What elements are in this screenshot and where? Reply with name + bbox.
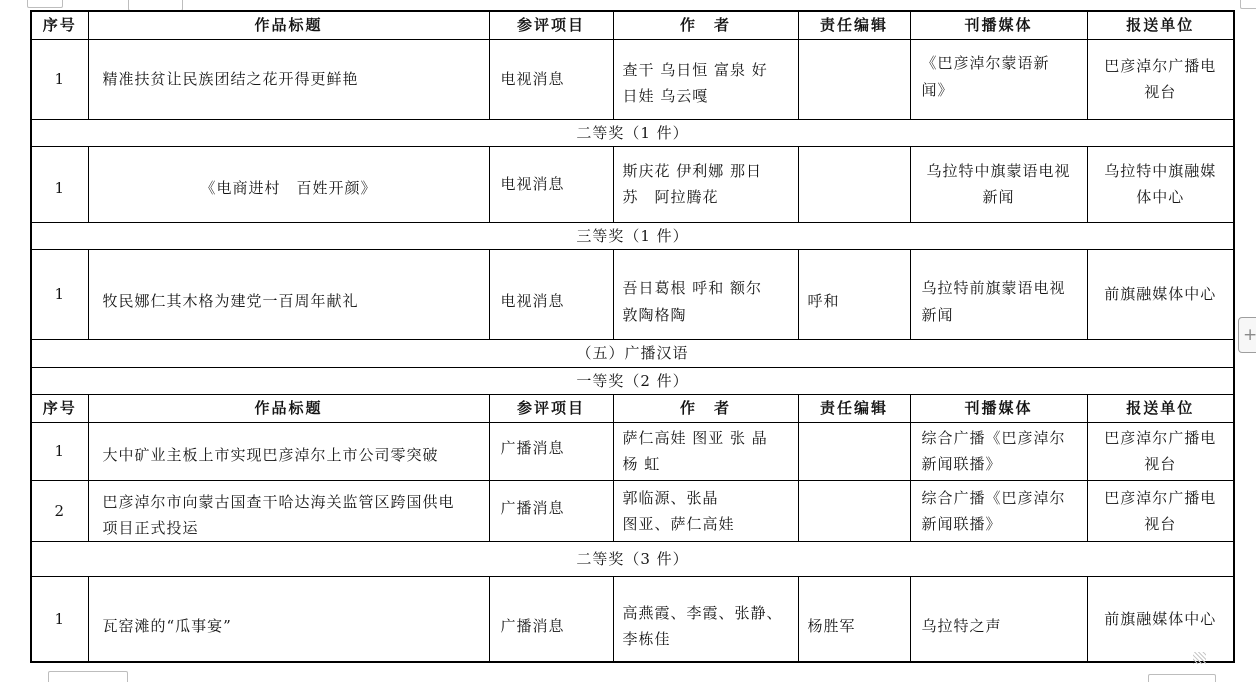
section-row-label: 一等奖（2 件） [31, 368, 1234, 395]
document-page: { "table": { "columns": ["序号", "作品标题", "… [0, 0, 1256, 682]
cell-author: 郭临源、张晶 图亚、萨仁高娃 [613, 480, 798, 542]
cell-editor [798, 39, 910, 119]
cell-index: 1 [31, 577, 88, 662]
column-header-editor: 责任编辑 [798, 395, 910, 422]
cell-author: 吾日葛根 呼和 额尔 敦陶格陶 [613, 250, 798, 340]
cell-editor [798, 146, 910, 222]
cell-category: 电视消息 [489, 39, 613, 119]
cell-media: 乌拉特之声 [910, 577, 1087, 662]
cell-title: 大中矿业主板上市实现巴彦淖尔上市公司零突破 [88, 422, 489, 480]
cell-media: 乌拉特中旗蒙语电视 新闻 [910, 146, 1087, 222]
table-row: 1 牧民娜仁其木格为建党一百周年献礼 电视消息 吾日葛根 呼和 额尔 敦陶格陶 … [31, 250, 1234, 340]
cell-index: 1 [31, 250, 88, 340]
table-row: 1 《电商进村 百姓开颜》 电视消息 斯庆花 伊利娜 那日 苏 阿拉腾花 乌拉特… [31, 146, 1234, 222]
table-row: 1 瓦窑滩的“瓜事宴” 广播消息 高燕霞、李霞、张静、 李栋佳 杨胜军 乌拉特之… [31, 577, 1234, 662]
section-row: 一等奖（2 件） [31, 368, 1234, 395]
table-header-row: 序号 作品标题 参评项目 作 者 责任编辑 刊播媒体 报送单位 [31, 395, 1234, 422]
cell-author: 高燕霞、李霞、张静、 李栋佳 [613, 577, 798, 662]
awards-table-container: 序号 作品标题 参评项目 作 者 责任编辑 刊播媒体 报送单位 1 精准扶贫让民… [30, 10, 1235, 663]
table-header-row: 序号 作品标题 参评项目 作 者 责任编辑 刊播媒体 报送单位 [31, 11, 1234, 39]
section-row-label: （五）广播汉语 [31, 340, 1234, 368]
cell-title: 巴彦淖尔市向蒙古国查干哈达海关监管区跨国供电 项目正式投运 [88, 480, 489, 542]
table-row: 2 巴彦淖尔市向蒙古国查干哈达海关监管区跨国供电 项目正式投运 广播消息 郭临源… [31, 480, 1234, 542]
table-resize-handle[interactable] [1193, 652, 1206, 664]
section-row: （五）广播汉语 [31, 340, 1234, 368]
column-header-title: 作品标题 [88, 395, 489, 422]
cell-title: 瓦窑滩的“瓜事宴” [88, 577, 489, 662]
page-edge-artifact-bottom-right [1148, 674, 1216, 682]
awards-table: 序号 作品标题 参评项目 作 者 责任编辑 刊播媒体 报送单位 1 精准扶贫让民… [30, 10, 1235, 663]
add-button[interactable]: + [1238, 317, 1256, 353]
column-header-index: 序号 [31, 11, 88, 39]
page-edge-artifact-top-right [1240, 0, 1256, 9]
column-header-media: 刊播媒体 [910, 395, 1087, 422]
cell-author: 萨仁高娃 图亚 张 晶 杨 虹 [613, 422, 798, 480]
cell-title: 《电商进村 百姓开颜》 [88, 146, 489, 222]
cell-editor: 呼和 [798, 250, 910, 340]
page-edge-artifact-top-left [27, 0, 63, 8]
cell-unit: 巴彦淖尔广播电 视台 [1087, 39, 1234, 119]
column-header-category: 参评项目 [489, 395, 613, 422]
plus-icon: + [1243, 325, 1256, 345]
column-header-unit: 报送单位 [1087, 395, 1234, 422]
cell-category: 广播消息 [489, 422, 613, 480]
cell-category: 广播消息 [489, 480, 613, 542]
column-header-author: 作 者 [613, 395, 798, 422]
column-header-title: 作品标题 [88, 11, 489, 39]
cell-editor: 杨胜军 [798, 577, 910, 662]
cell-category: 广播消息 [489, 577, 613, 662]
page-edge-artifact-bottom-left [48, 671, 128, 682]
cell-media: 乌拉特前旗蒙语电视 新闻 [910, 250, 1087, 340]
column-header-editor: 责任编辑 [798, 11, 910, 39]
cell-category: 电视消息 [489, 250, 613, 340]
section-row-label: 三等奖（1 件） [31, 222, 1234, 249]
cell-unit: 前旗融媒体中心 [1087, 250, 1234, 340]
cell-index: 1 [31, 39, 88, 119]
cell-index: 1 [31, 422, 88, 480]
cell-index: 2 [31, 480, 88, 542]
cell-title: 牧民娜仁其木格为建党一百周年献礼 [88, 250, 489, 340]
cell-author: 查干 乌日恒 富泉 好 日娃 乌云嘎 [613, 39, 798, 119]
table-row: 1 大中矿业主板上市实现巴彦淖尔上市公司零突破 广播消息 萨仁高娃 图亚 张 晶… [31, 422, 1234, 480]
cell-editor [798, 480, 910, 542]
section-row: 二等奖（1 件） [31, 119, 1234, 146]
section-row-label: 二等奖（1 件） [31, 119, 1234, 146]
column-header-category: 参评项目 [489, 11, 613, 39]
cell-category: 电视消息 [489, 146, 613, 222]
cell-unit: 乌拉特中旗融媒 体中心 [1087, 146, 1234, 222]
cell-editor [798, 422, 910, 480]
cell-unit: 巴彦淖尔广播电 视台 [1087, 422, 1234, 480]
column-header-author: 作 者 [613, 11, 798, 39]
cell-media: 综合广播《巴彦淖尔 新闻联播》 [910, 422, 1087, 480]
section-row: 三等奖（1 件） [31, 222, 1234, 249]
column-header-index: 序号 [31, 395, 88, 422]
cell-media: 《巴彦淖尔蒙语新 闻》 [910, 39, 1087, 119]
cell-unit: 巴彦淖尔广播电 视台 [1087, 480, 1234, 542]
section-row: 二等奖（3 件） [31, 542, 1234, 577]
cell-author: 斯庆花 伊利娜 那日 苏 阿拉腾花 [613, 146, 798, 222]
table-row: 1 精准扶贫让民族团结之花开得更鲜艳 电视消息 查干 乌日恒 富泉 好 日娃 乌… [31, 39, 1234, 119]
section-row-label: 二等奖（3 件） [31, 542, 1234, 577]
cell-title: 精准扶贫让民族团结之花开得更鲜艳 [88, 39, 489, 119]
column-header-media: 刊播媒体 [910, 11, 1087, 39]
column-header-unit: 报送单位 [1087, 11, 1234, 39]
cell-unit: 前旗融媒体中心 [1087, 577, 1234, 662]
cell-media: 综合广播《巴彦淖尔 新闻联播》 [910, 480, 1087, 542]
cell-index: 1 [31, 146, 88, 222]
